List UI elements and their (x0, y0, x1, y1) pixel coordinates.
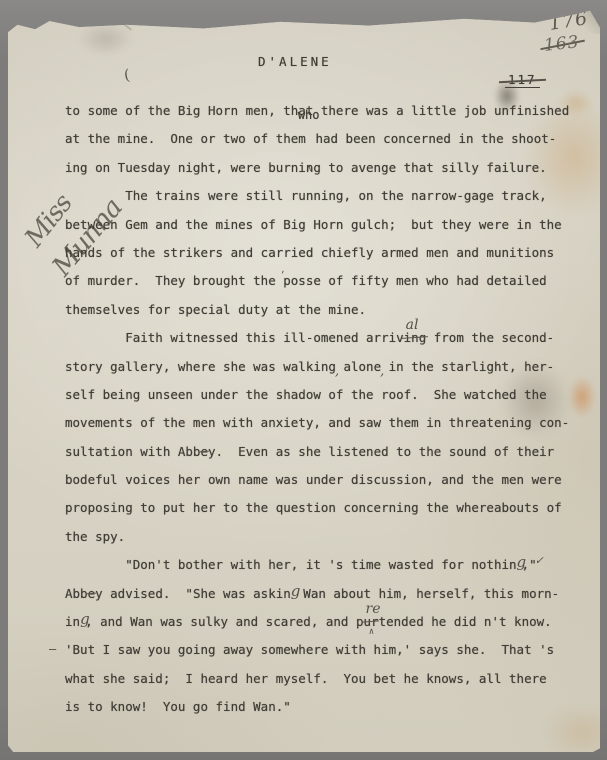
hand-edit: urre (364, 607, 379, 636)
manuscript-line: sultation with Abbey. Even as she listen… (65, 437, 585, 465)
hand-correction-above: al (406, 311, 419, 339)
pencil-paren-mark: ( (123, 66, 131, 85)
typed-text: of murder. They brought the (65, 273, 283, 288)
typed-text: , and Wan was sulky and scared, and p (85, 614, 363, 629)
typed-text: y. Even as she listened to the sound of … (208, 444, 554, 459)
typed-text: proposing to put her to the question con… (65, 500, 562, 515)
typed-text: 'But I saw you going away somewhere with… (65, 642, 554, 657)
handwritten-page-number-struck: 163 (543, 32, 580, 56)
hand-correction-above: re (366, 595, 381, 623)
manuscript-line: of murder. They brought the ʹposse of fi… (65, 266, 585, 294)
manuscript-line: movements of the men with anxiety, and s… (65, 408, 585, 436)
hand-correction: g (80, 605, 85, 633)
manuscript-line: hands of the strikers and carried chiefl… (65, 238, 585, 266)
manuscript-line: The trains were still running, on the na… (65, 181, 585, 209)
typed-text: y advised. "She was askin (95, 586, 291, 601)
smudge (78, 22, 133, 56)
manuscript-line: story gallery, where she was walking, al… (65, 352, 585, 380)
manuscript-line: Faith witnessed this ill-omened arriving… (65, 323, 585, 351)
crease (98, 10, 132, 30)
manuscript-line: at the mine. One or two of themwhohad be… (65, 124, 585, 152)
typed-text: Wan about him, herself, this morn- (296, 586, 559, 601)
manuscript-line: proposing to put her to the question con… (65, 493, 585, 521)
typed-text: from the second- (426, 330, 554, 345)
typed-text: The trains were still running, on the na… (65, 188, 547, 203)
manuscript-line: bodeful voices her own name was under di… (65, 465, 585, 493)
page-title: D'ALENE (258, 54, 332, 70)
typed-text: self being unseen under the shadow of th… (65, 387, 547, 402)
typed-text: Abb (65, 586, 88, 601)
inserted-word: who (298, 101, 320, 129)
typed-page-number-struck: 117 (505, 72, 540, 88)
manuscript-page: 176 163 D'ALENE 117 ( Miss Munna to some… (8, 10, 600, 752)
typed-text: sultation with Abb (65, 444, 200, 459)
hand-edit: ingal (404, 323, 427, 352)
typed-text-struck: e (200, 444, 208, 459)
typed-text: the spy. (65, 529, 125, 544)
manuscript-line: between Gem and the mines of Big Horn gu… (65, 210, 585, 238)
typed-text: bodeful voices her own name was under di… (65, 472, 562, 487)
photograph-of-manuscript: { "page": { "title": "D'ALENE", "corner_… (0, 0, 607, 760)
typed-text-struck: e (88, 586, 96, 601)
typed-text: movements of the men with anxiety, and s… (65, 415, 569, 430)
typed-text: posse of fifty men who had detailed (283, 273, 546, 288)
hand-correction: g (517, 548, 522, 576)
typed-text: in (65, 614, 80, 629)
hand-correction: g (291, 577, 296, 605)
manuscript-line: ing on Tuesday night, were burning to av… (65, 153, 585, 181)
typed-text: hands of the strikers and carried chiefl… (65, 245, 554, 260)
manuscript-line: what she said; I heard her myself. You b… (65, 664, 585, 692)
margin-dash-mark: — (49, 635, 55, 663)
typed-text: ing on Tuesday night, were burning to av… (65, 160, 547, 175)
manuscript-line: "Don't bother with her, it 's time waste… (65, 550, 585, 578)
manuscript-line: to some of the Big Horn men, that there … (65, 96, 585, 124)
typed-text: Faith witnessed this ill-omened arriv (65, 330, 404, 345)
typed-text: tended he did n't know. (379, 614, 552, 629)
manuscript-line: is to know! You go find Wan." (65, 692, 585, 720)
typed-text: is to know! You go find Wan." (65, 699, 291, 714)
typed-text: story gallery, where she was walking (65, 359, 336, 374)
manuscript-line: ing, and Wan was sulky and scared, and p… (65, 607, 585, 635)
typed-text: themselves for special duty at the mine. (65, 302, 366, 317)
typed-text: between Gem and the mines of Big Horn gu… (65, 217, 562, 232)
typed-text: alone (336, 359, 381, 374)
manuscript-line: Abbey advised. "She was asking Wan about… (65, 579, 585, 607)
manuscript-line: themselves for special duty at the mine. (65, 295, 585, 323)
manuscript-line: the spy. (65, 522, 585, 550)
typed-text: had been concerned in the shoot- (315, 131, 556, 146)
typed-block: to some of the Big Horn men, that there … (65, 96, 585, 721)
typed-text: in the starlight, her- (381, 359, 554, 374)
typed-text: at the mine. One or two of them (65, 131, 306, 146)
typed-text: what she said; I heard her myself. You b… (65, 671, 547, 686)
manuscript-line: —'But I saw you going away somewhere wit… (65, 635, 585, 663)
manuscript-line: self being unseen under the shadow of th… (65, 380, 585, 408)
typed-text: "Don't bother with her, it 's time waste… (65, 557, 517, 572)
